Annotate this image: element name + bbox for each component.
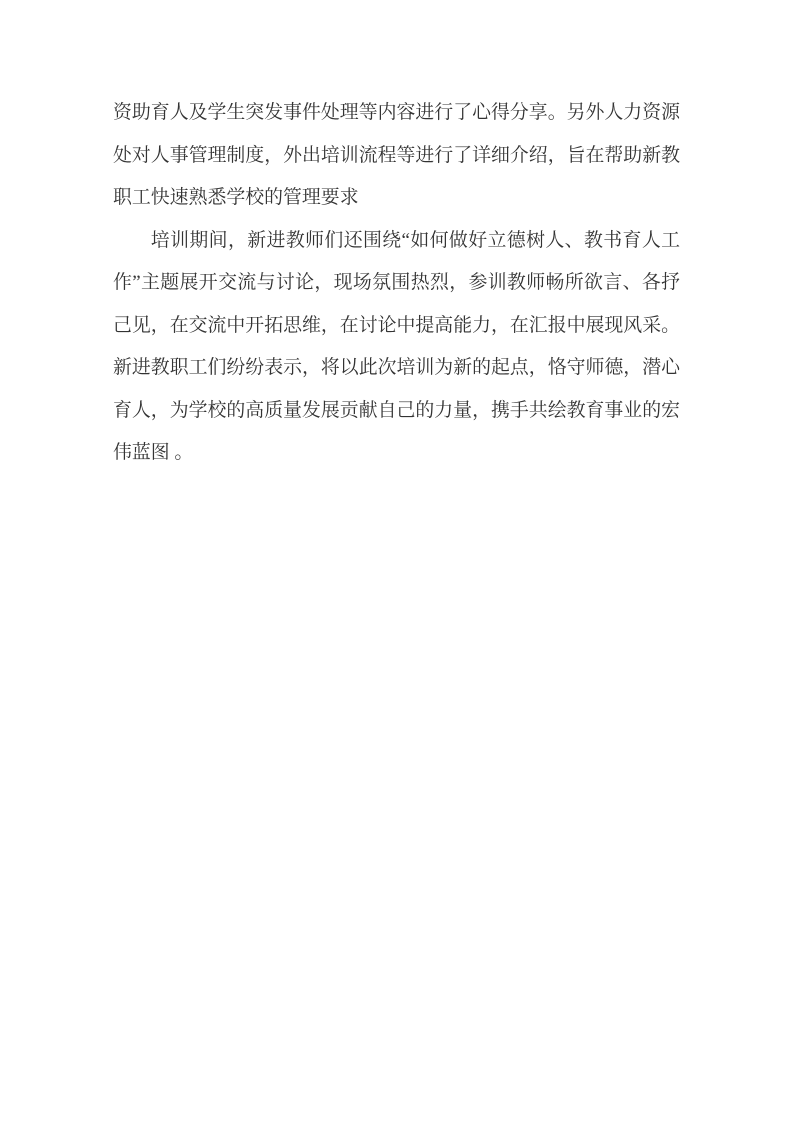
document-page: 资助育人及学生突发事件处理等内容进行了心得分享。另外人力资源处对人事管理制度，外…: [0, 0, 793, 1122]
paragraph-2: 培训期间，新进教师们还围绕“如何做好立德树人、教书育人工作”主题展开交流与讨论，…: [113, 220, 680, 475]
paragraph-1: 资助育人及学生突发事件处理等内容进行了心得分享。另外人力资源处对人事管理制度，外…: [113, 92, 680, 220]
document-text-block[interactable]: 资助育人及学生突发事件处理等内容进行了心得分享。另外人力资源处对人事管理制度，外…: [113, 92, 680, 475]
